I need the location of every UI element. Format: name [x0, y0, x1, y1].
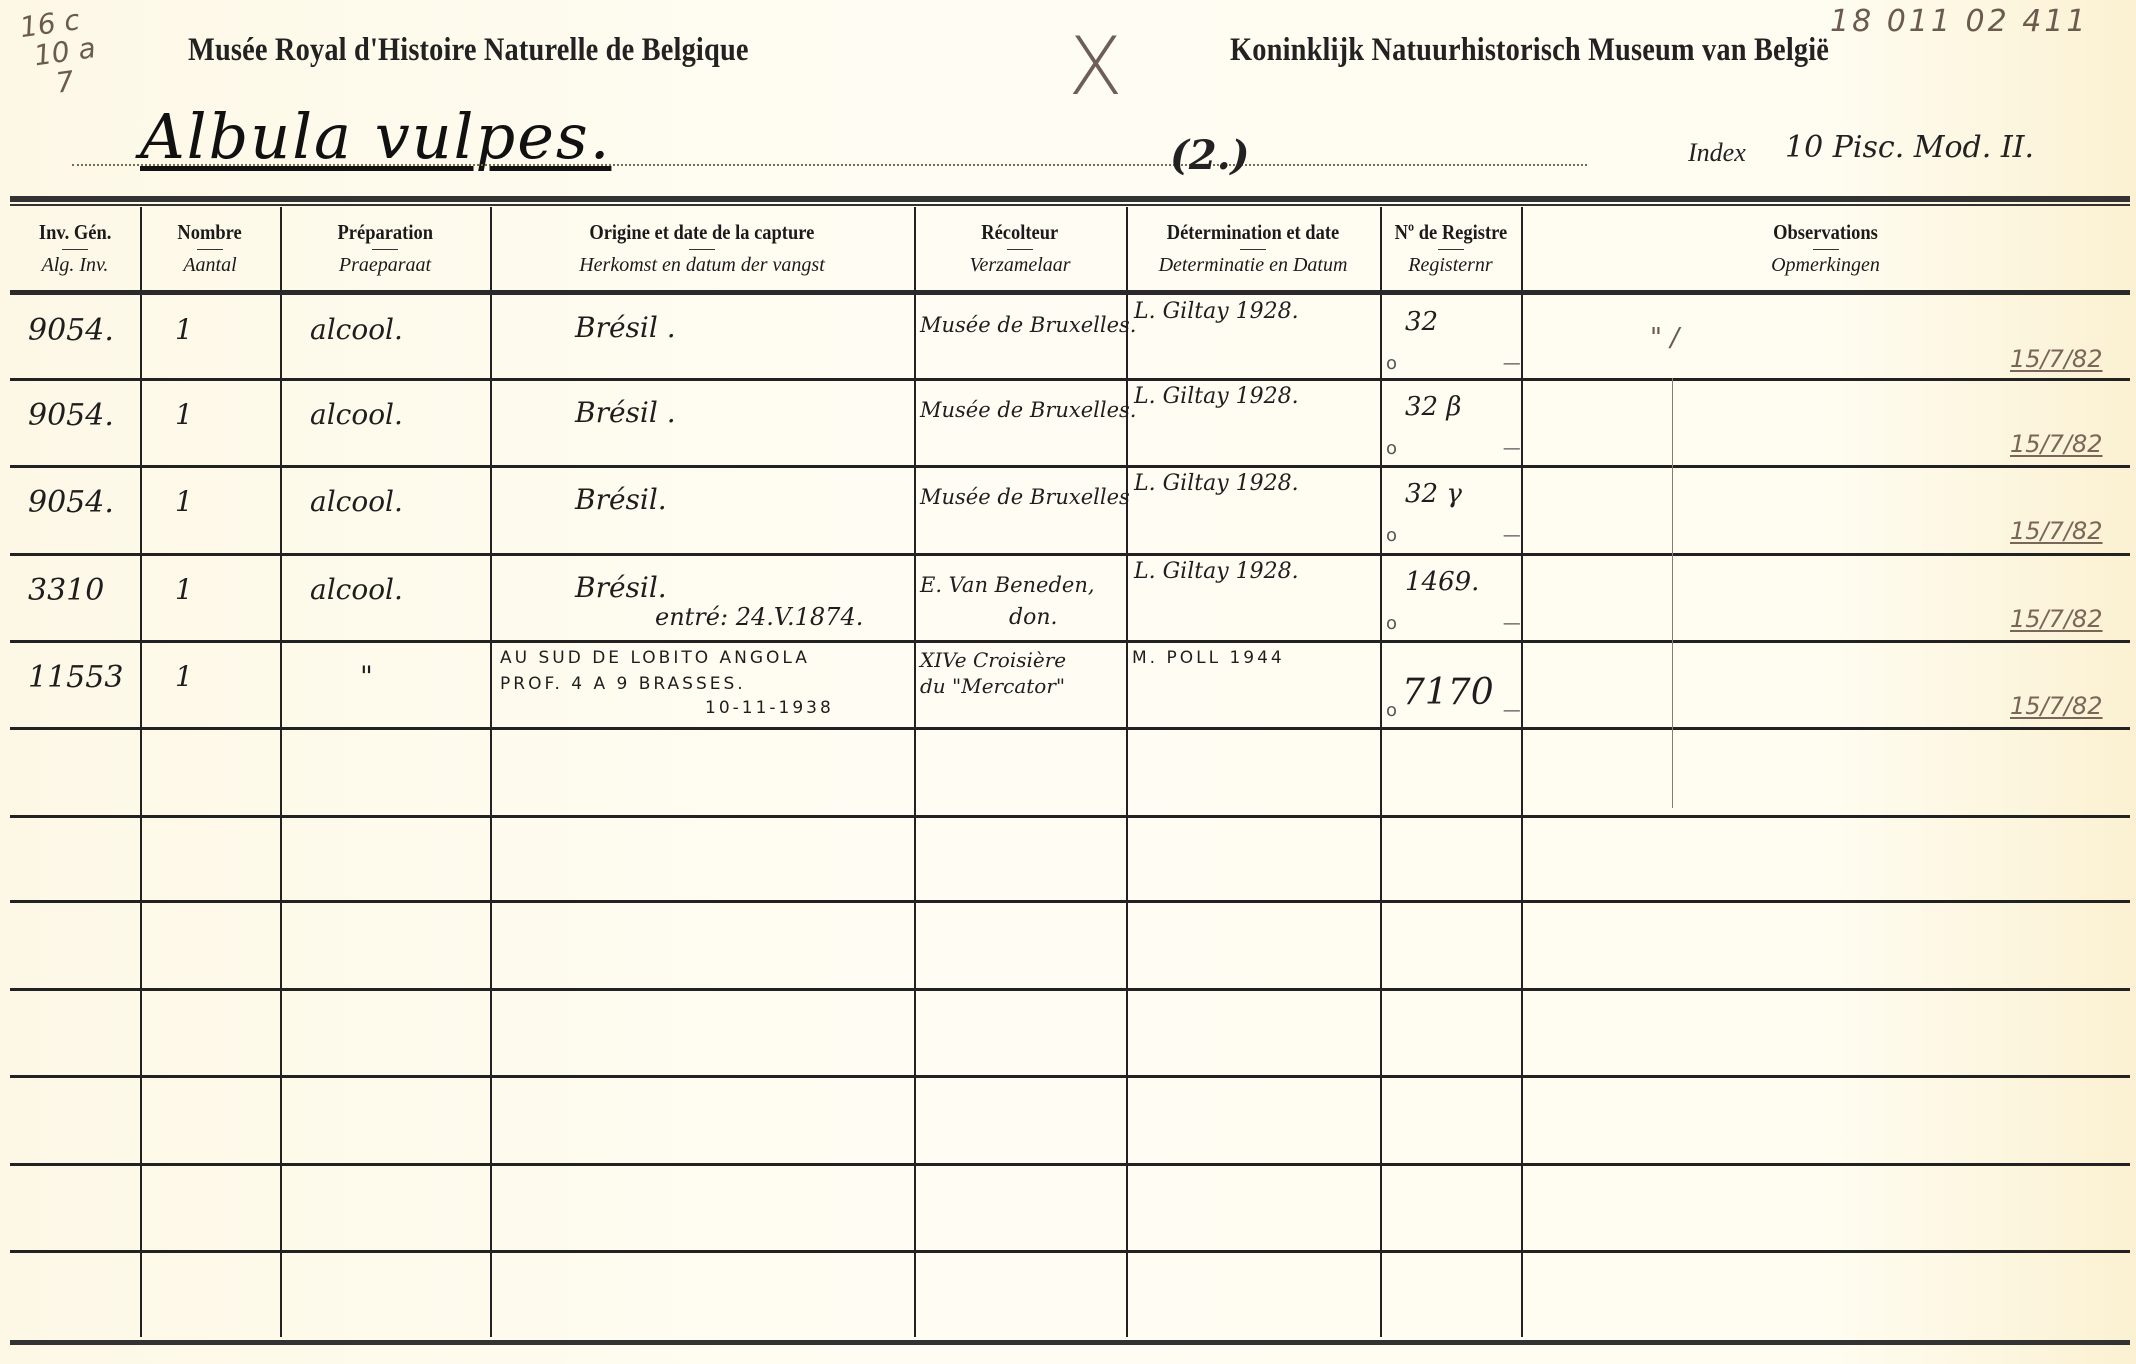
- specimen-index-card: 16 c 10 a 7 Musée Royal d'Histoire Natur…: [0, 0, 2136, 1364]
- row-divider: [10, 378, 2130, 381]
- collector: Musée de Bruxelles: [920, 485, 1130, 509]
- origin: Brésil.: [575, 483, 667, 516]
- specimen-count: 1: [175, 573, 193, 606]
- column-header-fr: Observations: [1773, 220, 1878, 245]
- index-value: 10 Pisc. Mod. II.: [1785, 130, 2034, 165]
- column-header-nl: Alg. Inv.: [42, 254, 109, 277]
- column-divider: [914, 207, 916, 1337]
- origin-line-2: PROF. 4 A 9 BRASSES.: [500, 674, 746, 694]
- preparation: ": [360, 660, 373, 693]
- observation-note: " /: [1650, 323, 1679, 353]
- institution-name-nl: Koninklijk Natuurhistorisch Museum van B…: [1230, 32, 1829, 69]
- column-divider: [490, 207, 492, 1337]
- inv-number: 11553: [28, 660, 123, 695]
- column-header-fr: Récolteur: [982, 220, 1059, 245]
- column-header-fr: Origine et date de la capture: [590, 220, 815, 245]
- column-header: Nº de RegistreRegisternr: [1380, 207, 1521, 290]
- determination: M. POLL 1944: [1132, 648, 1285, 668]
- row-divider: [10, 1163, 2130, 1166]
- header-dash: [1007, 249, 1033, 250]
- register-check-mark: o —: [1386, 525, 1571, 546]
- section-mark: (2.): [1170, 132, 1250, 179]
- inv-number: 9054.: [28, 313, 114, 348]
- collector-note: du "Mercator": [920, 674, 1065, 698]
- species-name: Albula vulpes.: [140, 100, 611, 173]
- inv-number: 9054.: [28, 485, 114, 520]
- pencil-vertical-line: [1672, 378, 1673, 808]
- column-header-nl: Verzamelaar: [969, 254, 1070, 277]
- corner-note-line: 7: [54, 63, 101, 99]
- register-number: 32 γ: [1405, 479, 1462, 509]
- register-table: Inv. Gén.Alg. Inv.NombreAantalPréparatio…: [10, 207, 2130, 1342]
- row-divider: [10, 640, 2130, 643]
- determination: L. Giltay 1928.: [1134, 559, 1299, 584]
- observation-date: 15/7/82: [2010, 345, 2103, 373]
- header-rule-thin: [10, 204, 2130, 206]
- column-header-fr: Préparation: [337, 220, 432, 245]
- inv-number: 9054.: [28, 398, 114, 433]
- collector: XIVe Croisière: [920, 648, 1066, 672]
- collector-note: don.: [1009, 605, 1058, 630]
- header-rule: [10, 196, 2130, 202]
- register-number: 1469.: [1405, 567, 1479, 597]
- observation-date: 15/7/82: [2010, 605, 2103, 633]
- column-header: Origine et date de la captureHerkomst en…: [490, 207, 914, 290]
- column-header-nl: Determinatie en Datum: [1159, 254, 1348, 277]
- header-bottom-rule: [10, 290, 2130, 295]
- column-header-nl: Praeparaat: [339, 254, 431, 277]
- origin: AU SUD DE LOBITO ANGOLA: [500, 648, 810, 668]
- observation-date: 15/7/82: [2010, 430, 2103, 458]
- cross-mark-icon: X: [1068, 20, 1123, 113]
- column-divider: [1126, 207, 1128, 1337]
- register-number: 32: [1405, 307, 1438, 337]
- specimen-count: 1: [175, 313, 193, 346]
- register-check-mark: o —: [1386, 613, 1571, 634]
- row-divider: [10, 553, 2130, 556]
- row-divider: [10, 815, 2130, 818]
- preparation: alcool.: [310, 398, 403, 431]
- row-divider: [10, 988, 2130, 991]
- origin: Brésil .: [575, 311, 676, 344]
- observation-date: 15/7/82: [2010, 692, 2103, 720]
- column-header-nl: Aantal: [183, 254, 236, 277]
- capture-date: 10-11-1938: [705, 698, 834, 718]
- row-divider: [10, 1075, 2130, 1078]
- register-check-mark: o —: [1386, 438, 1571, 459]
- specimen-count: 1: [175, 485, 193, 518]
- column-header-fr: Nº de Registre: [1394, 220, 1507, 245]
- column-header-nl: Herkomst en datum der vangst: [579, 254, 825, 277]
- preparation: alcool.: [310, 573, 403, 606]
- origin-note: entré: 24.V.1874.: [655, 603, 863, 631]
- collector: E. Van Beneden,: [920, 573, 1095, 597]
- column-divider: [1380, 207, 1382, 1337]
- collector: Musée de Bruxelles.: [920, 398, 1136, 422]
- inv-number: 3310: [28, 573, 104, 608]
- index-label: Index: [1688, 138, 1746, 168]
- column-header-fr: Détermination et date: [1167, 220, 1339, 245]
- column-header: Détermination et dateDeterminatie en Dat…: [1126, 207, 1380, 290]
- column-divider: [1521, 207, 1523, 1337]
- column-header-fr: Inv. Gén.: [39, 220, 111, 245]
- determination: L. Giltay 1928.: [1134, 384, 1299, 409]
- collector: Musée de Bruxelles.: [920, 313, 1136, 337]
- register-check-mark: o —: [1386, 700, 1571, 721]
- header-dash: [1813, 249, 1839, 250]
- column-divider: [140, 207, 142, 1337]
- header-dash: [197, 249, 223, 250]
- header-dash: [1240, 249, 1266, 250]
- row-divider: [10, 900, 2130, 903]
- title-dotted-line: [72, 164, 1587, 166]
- determination: L. Giltay 1928.: [1134, 299, 1299, 324]
- column-header: RécolteurVerzamelaar: [914, 207, 1126, 290]
- origin: Brésil .: [575, 396, 676, 429]
- column-header: NombreAantal: [140, 207, 280, 290]
- catalog-number-note: 18 011 02 411: [1830, 4, 2088, 39]
- column-header-fr: Nombre: [178, 220, 242, 245]
- header-dash: [689, 249, 715, 250]
- column-header: ObservationsOpmerkingen: [1521, 207, 2130, 290]
- register-number: 32 β: [1405, 392, 1461, 422]
- header-dash: [62, 249, 88, 250]
- column-header-nl: Opmerkingen: [1771, 254, 1880, 277]
- bottom-rule: [10, 1340, 2130, 1345]
- row-divider: [10, 1250, 2130, 1253]
- column-header: Inv. Gén.Alg. Inv.: [10, 207, 140, 290]
- column-divider: [280, 207, 282, 1337]
- preparation: alcool.: [310, 313, 403, 346]
- register-check-mark: o —: [1386, 353, 1571, 374]
- row-divider: [10, 465, 2130, 468]
- corner-note-left: 16 c 10 a 7: [18, 3, 102, 102]
- origin: Brésil.: [575, 571, 667, 604]
- institution-name-fr: Musée Royal d'Histoire Naturelle de Belg…: [188, 32, 749, 69]
- preparation: alcool.: [310, 485, 403, 518]
- header-dash: [372, 249, 398, 250]
- observation-date: 15/7/82: [2010, 517, 2103, 545]
- specimen-count: 1: [175, 660, 193, 693]
- column-header-nl: Registernr: [1408, 254, 1492, 277]
- header-dash: [1438, 249, 1464, 250]
- row-divider: [10, 727, 2130, 730]
- specimen-count: 1: [175, 398, 193, 431]
- determination: L. Giltay 1928.: [1134, 471, 1299, 496]
- column-header: PréparationPraeparaat: [280, 207, 490, 290]
